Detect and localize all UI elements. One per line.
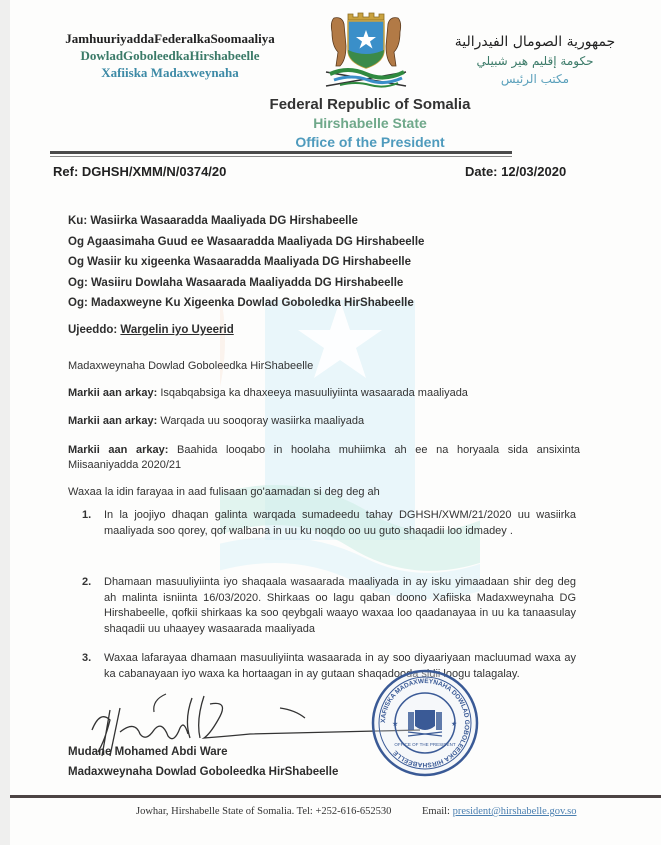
signatory-title: Madaxweynaha Dowlad Goboleedka HirShabee… <box>68 766 338 778</box>
consideration-label: Markii aan arkay: <box>68 415 157 427</box>
header-somali-line1: JamhuuriyaddaFederalkaSoomaaliya <box>20 30 320 47</box>
footer-email-link[interactable]: president@hirshabelle.gov.so <box>453 806 577 817</box>
subject-text: Wargelin iyo Uyeerid <box>120 324 233 336</box>
body-intro: Madaxweynaha Dowlad Goboleedka HirShabee… <box>68 359 580 374</box>
footer-address: Jowhar, Hirshabelle State of Somalia. Te… <box>136 806 391 817</box>
directive-text: Waxaa la idin farayaa in aad fulisaan go… <box>68 485 580 500</box>
header-english-block: Federal Republic of Somalia Hirshabelle … <box>220 95 520 152</box>
list-item-number: 1. <box>82 508 91 524</box>
somalia-coat-of-arms-icon <box>318 6 414 90</box>
header-english-line2: Hirshabelle State <box>220 114 520 133</box>
header-arabic-line2: حكومة إقليم هير شبيلي <box>440 52 630 70</box>
list-item-number: 3. <box>82 651 91 667</box>
subject-label: Ujeeddo: <box>68 324 117 336</box>
consideration-1: Markii aan arkay: Isqabqabsiga ka dhaxee… <box>68 386 580 401</box>
recipient-line: Og: Madaxweyne Ku Xigeenka Dowlad Gobole… <box>68 293 588 314</box>
header-arabic-line3: مكتب الرئيس <box>440 70 630 88</box>
header-arabic-line1: جمهورية الصومال الفيدرالية <box>440 32 630 52</box>
list-item-text: Waxaa lafarayaa dhamaan masuuliyiinta wa… <box>104 651 576 682</box>
consideration-text: Warqada uu sooqoray wasiirka maaliyada <box>160 415 364 427</box>
seal-inner-text: OFFICE OF THE PRESIDENT <box>394 742 455 747</box>
list-item-text: In la joojiyo dhaqan galinta warqada sum… <box>104 508 576 539</box>
svg-text:★: ★ <box>451 720 457 728</box>
header-somali-line3: Xafiiska Madaxweynaha <box>20 64 320 81</box>
recipient-line: Og: Wasiiru Dowlaha Wasaarada Maaliyadda… <box>68 273 588 294</box>
header-somali-line2: DowladGoboleedkaHirshabeelle <box>20 47 320 64</box>
list-item-number: 2. <box>82 575 91 591</box>
recipient-line: Og Agaasimaha Guud ee Wasaaradda Maaliya… <box>68 232 588 253</box>
recipient-line: Ku: Wasiirka Wasaaradda Maaliyada DG Hir… <box>68 211 588 232</box>
recipients-list: Ku: Wasiirka Wasaaradda Maaliyada DG Hir… <box>68 211 588 314</box>
header-divider-thin <box>50 156 512 157</box>
footer-divider <box>10 795 661 798</box>
office-seal-stamp-icon: XAFIISKA MADAXWEYNAHA DOWLAD GOBOLEEDKA … <box>370 668 480 778</box>
header-somali-block: JamhuuriyaddaFederalkaSoomaaliya DowladG… <box>20 30 320 81</box>
footer-email-label: Email: <box>422 806 450 817</box>
header-arabic-block: جمهورية الصومال الفيدرالية حكومة إقليم ه… <box>440 32 630 88</box>
subject-line: Ujeeddo: Wargelin iyo Uyeerid <box>68 324 234 336</box>
recipient-line: Og Wasiir ku xigeenka Wasaaradda Maaliya… <box>68 252 588 273</box>
signatory-name: Mudane Mohamed Abdi Ware <box>68 746 228 758</box>
page-margin <box>0 0 10 845</box>
consideration-label: Markii aan arkay: <box>68 444 168 456</box>
consideration-label: Markii aan arkay: <box>68 387 157 399</box>
consideration-3: Markii aan arkay: Baahida looqabo in hoo… <box>68 443 580 473</box>
list-item-text: Dhamaan masuuliyiinta iyo shaqaala wasaa… <box>104 575 576 637</box>
header-divider-thick <box>50 151 512 154</box>
consideration-2: Markii aan arkay: Warqada uu sooqoray wa… <box>68 414 580 429</box>
svg-text:★: ★ <box>392 720 398 728</box>
consideration-text: Isqabqabsiga ka dhaxeeya masuuliyiinta w… <box>160 387 468 399</box>
header-english-line1: Federal Republic of Somalia <box>220 95 520 114</box>
footer: Jowhar, Hirshabelle State of Somalia. Te… <box>136 806 577 817</box>
reference-number: Ref: DGHSH/XMM/N/0374/20 <box>53 164 226 179</box>
header-english-line3: Office of the President <box>220 133 520 152</box>
letter-date: Date: 12/03/2020 <box>465 164 566 179</box>
